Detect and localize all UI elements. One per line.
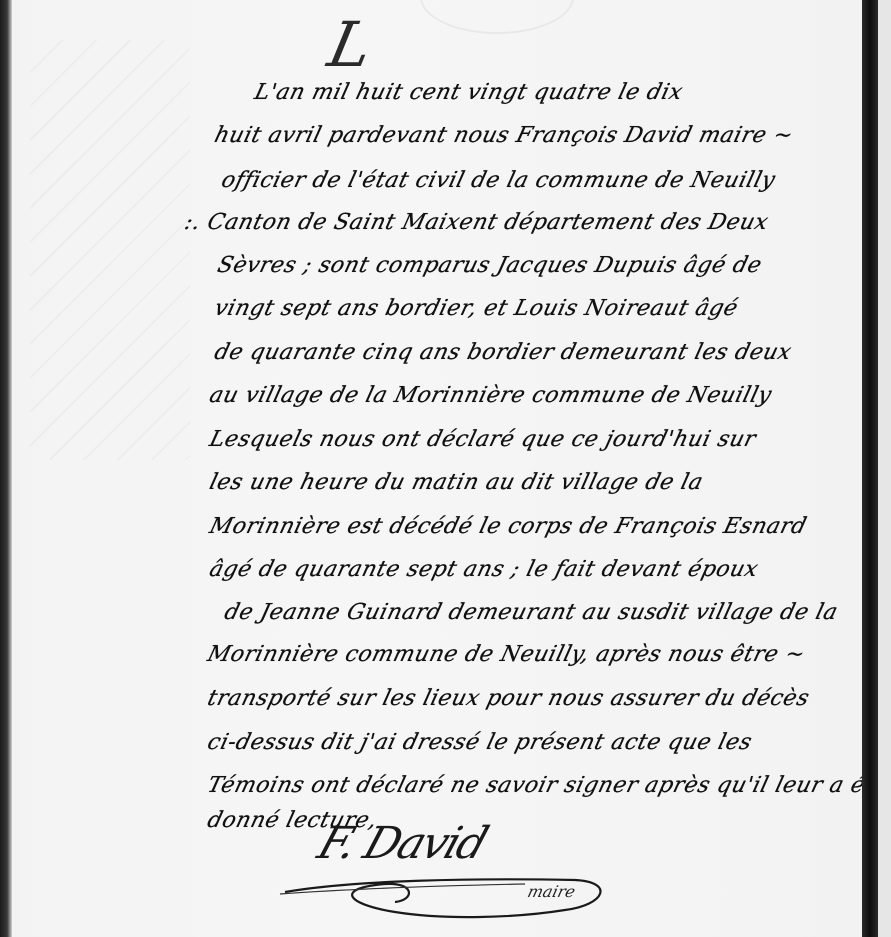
bleed-through-ink [30,40,190,460]
handwritten-line: au village de la Morinnière commune de N… [207,383,774,408]
handwritten-line: transporté sur les lieux pour nous assur… [205,686,812,711]
heading-initial: L [322,8,379,81]
scan-left-edge [0,0,12,937]
handwritten-line: huit avril pardevant nous François David… [212,123,796,148]
handwritten-line: :. Canton de Saint Maixent département d… [182,210,771,235]
handwritten-line: vingt sept ans bordier, et Louis Noireau… [212,296,741,321]
scan-right-binding-shadow [862,0,878,937]
scanned-page: L L'an mil huit cent vingt quatre le dix… [0,0,891,937]
handwritten-line: ci-dessus dit j'ai dressé le présent act… [205,730,755,755]
handwritten-line: âgé de quarante sept ans ; le fait devan… [207,557,761,582]
handwritten-line: de Jeanne Guinard demeurant au susdit vi… [222,600,841,625]
handwritten-line: Lesquels nous ont déclaré que ce jourd'h… [207,427,759,452]
scan-right-margin [878,0,891,937]
handwritten-line: L'an mil huit cent vingt quatre le dix [252,80,686,105]
signature-title: maire [526,882,578,901]
handwritten-line: Morinnière commune de Neuilly, après nou… [205,642,808,667]
handwritten-line: officier de l'état civil de la commune d… [219,168,778,193]
handwritten-line: de quarante cinq ans bordier demeurant l… [212,340,794,365]
handwritten-line: Sèvres ; sont comparus Jacques Dupuis âg… [215,253,765,278]
handwritten-line: les une heure du matin au dit village de… [207,470,706,495]
handwritten-line: Morinnière est décédé le corps de Franço… [207,514,809,539]
handwritten-line: Témoins ont déclaré ne savoir signer apr… [205,773,891,798]
faint-stamp-mark [420,0,574,34]
